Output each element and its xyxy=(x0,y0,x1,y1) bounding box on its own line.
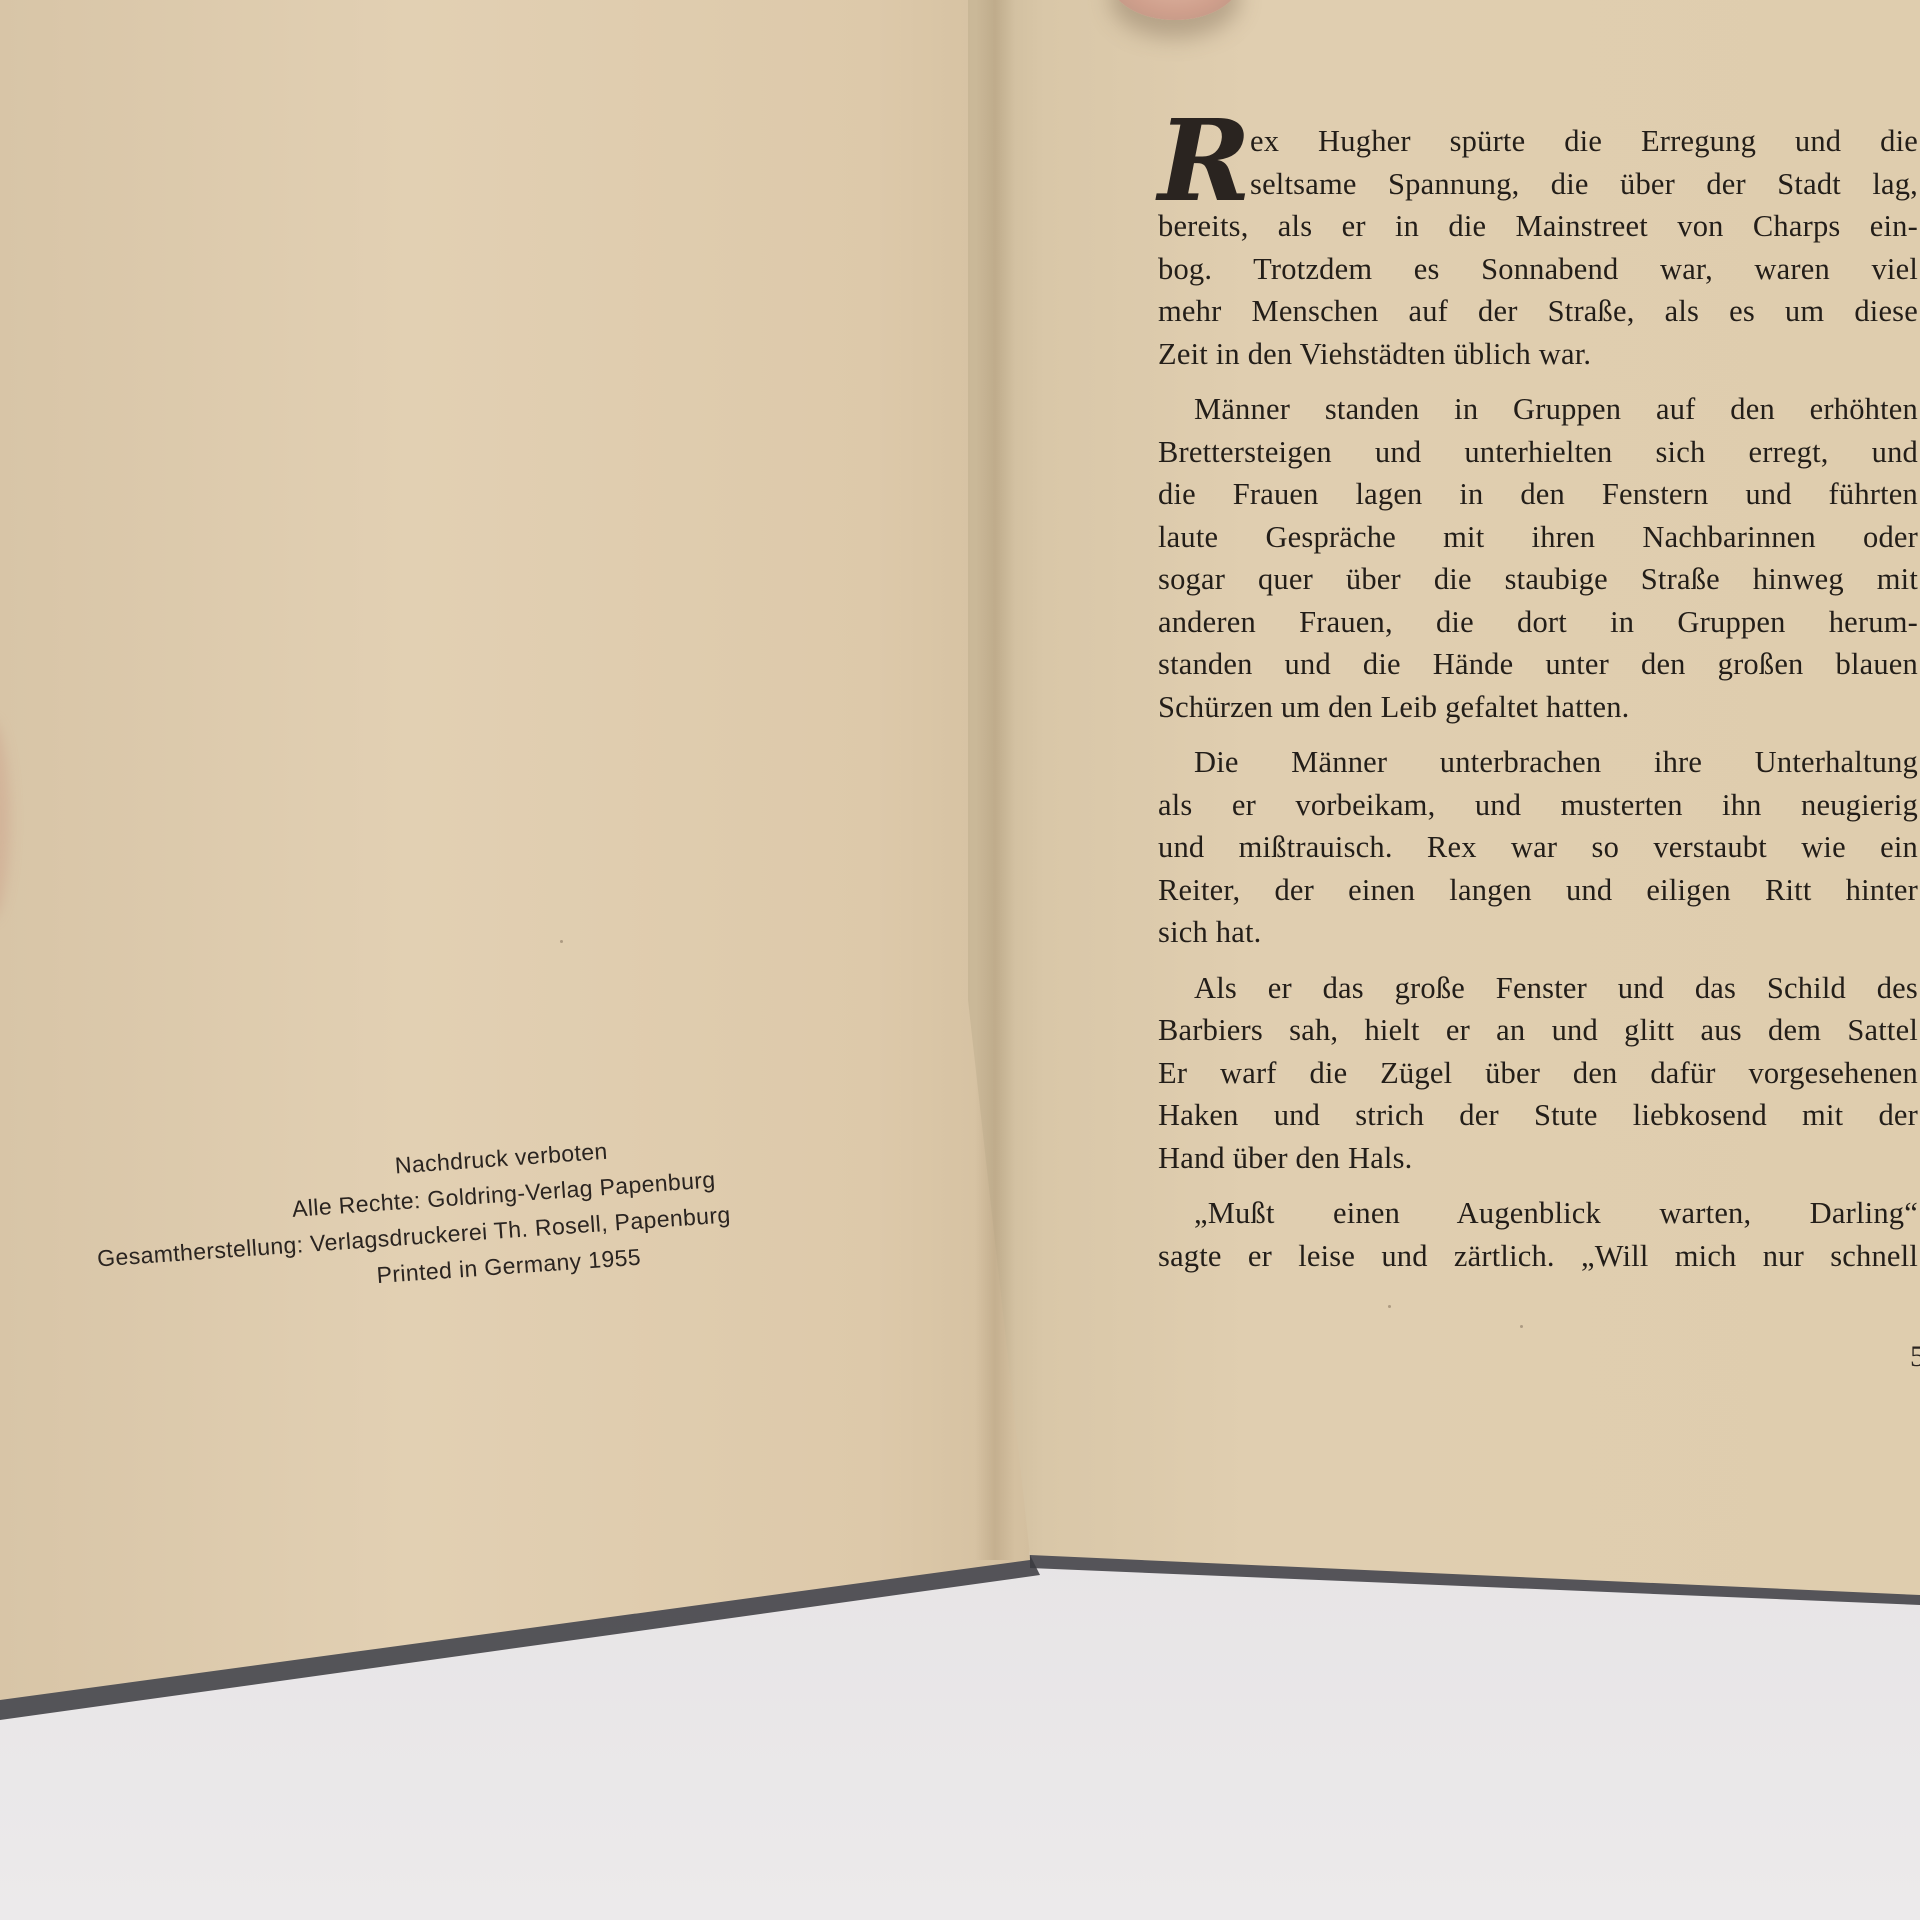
paragraph-5: „Mußt einen Augenblick warten, Darling“ … xyxy=(1158,1192,1920,1277)
text-line: Zeit in den Viehstädten üblich war. xyxy=(1158,333,1918,376)
page-number: 5 xyxy=(1910,1340,1920,1374)
text-line: Als er das große Fenster und das Schild … xyxy=(1158,967,1918,1010)
text-line: bog. Trotzdem es Sonnabend war, waren vi… xyxy=(1158,248,1918,291)
text-line: Reiter, der einen langen und eiligen Rit… xyxy=(1158,869,1918,912)
text-line: Barbiers sah, hielt er an und glitt aus … xyxy=(1158,1009,1918,1052)
paper-speck xyxy=(1520,1325,1523,1328)
text-line: ex Hugher spürte die Erregung und die xyxy=(1250,120,1918,163)
paper-speck xyxy=(1388,1305,1391,1308)
paper-speck xyxy=(560,940,563,943)
book-photo: Nachdruck verboten Alle Rechte: Goldring… xyxy=(0,0,1920,1920)
text-line: Männer standen in Gruppen auf den erhöht… xyxy=(1158,388,1918,431)
text-line: Haken und strich der Stute liebkosend mi… xyxy=(1158,1094,1918,1137)
text-line: Hand über den Hals. xyxy=(1158,1137,1918,1180)
text-line: laute Gespräche mit ihren Nachbarinnen o… xyxy=(1158,516,1918,559)
text-line: bereits, als er in die Mainstreet von Ch… xyxy=(1158,205,1918,248)
chapter-text: R ex Hugher spürte die Erregung und die … xyxy=(1158,120,1920,1290)
drop-cap: R xyxy=(1158,106,1251,218)
text-line: mehr Menschen auf der Straße, als es um … xyxy=(1158,290,1918,333)
drop-cap-block: R ex Hugher spürte die Erregung und die … xyxy=(1158,120,1920,205)
text-line: sich hat. xyxy=(1158,911,1918,954)
text-line: Er warf die Zügel über den dafür vorgese… xyxy=(1158,1052,1918,1095)
book-gutter xyxy=(975,0,1015,1560)
text-line: „Mußt einen Augenblick warten, Darling“ xyxy=(1158,1192,1918,1235)
text-line: sogar quer über die staubige Straße hinw… xyxy=(1158,558,1918,601)
paragraph-1: R ex Hugher spürte die Erregung und die … xyxy=(1158,120,1920,375)
text-line: als er vorbeikam, und musterten ihn neug… xyxy=(1158,784,1918,827)
paragraph-2: Männer standen in Gruppen auf den erhöht… xyxy=(1158,388,1920,728)
text-line: sagte er leise und zärtlich. „Will mich … xyxy=(1158,1235,1918,1278)
text-line: seltsame Spannung, die über der Stadt la… xyxy=(1250,163,1918,206)
text-line: Schürzen um den Leib gefaltet hatten. xyxy=(1158,686,1918,729)
text-line: standen und die Hände unter den großen b… xyxy=(1158,643,1918,686)
left-page xyxy=(0,0,1030,1700)
text-line: und mißtrauisch. Rex war so verstaubt wi… xyxy=(1158,826,1918,869)
text-line: Brettersteigen und unterhielten sich err… xyxy=(1158,431,1918,474)
paragraph-3: Die Männer unterbrachen ihre Unterhaltun… xyxy=(1158,741,1920,954)
paragraph-4: Als er das große Fenster und das Schild … xyxy=(1158,967,1920,1180)
text-line: Die Männer unterbrachen ihre Unterhaltun… xyxy=(1158,741,1918,784)
text-line: die Frauen lagen in den Fenstern und füh… xyxy=(1158,473,1918,516)
text-line: anderen Frauen, die dort in Gruppen heru… xyxy=(1158,601,1918,644)
